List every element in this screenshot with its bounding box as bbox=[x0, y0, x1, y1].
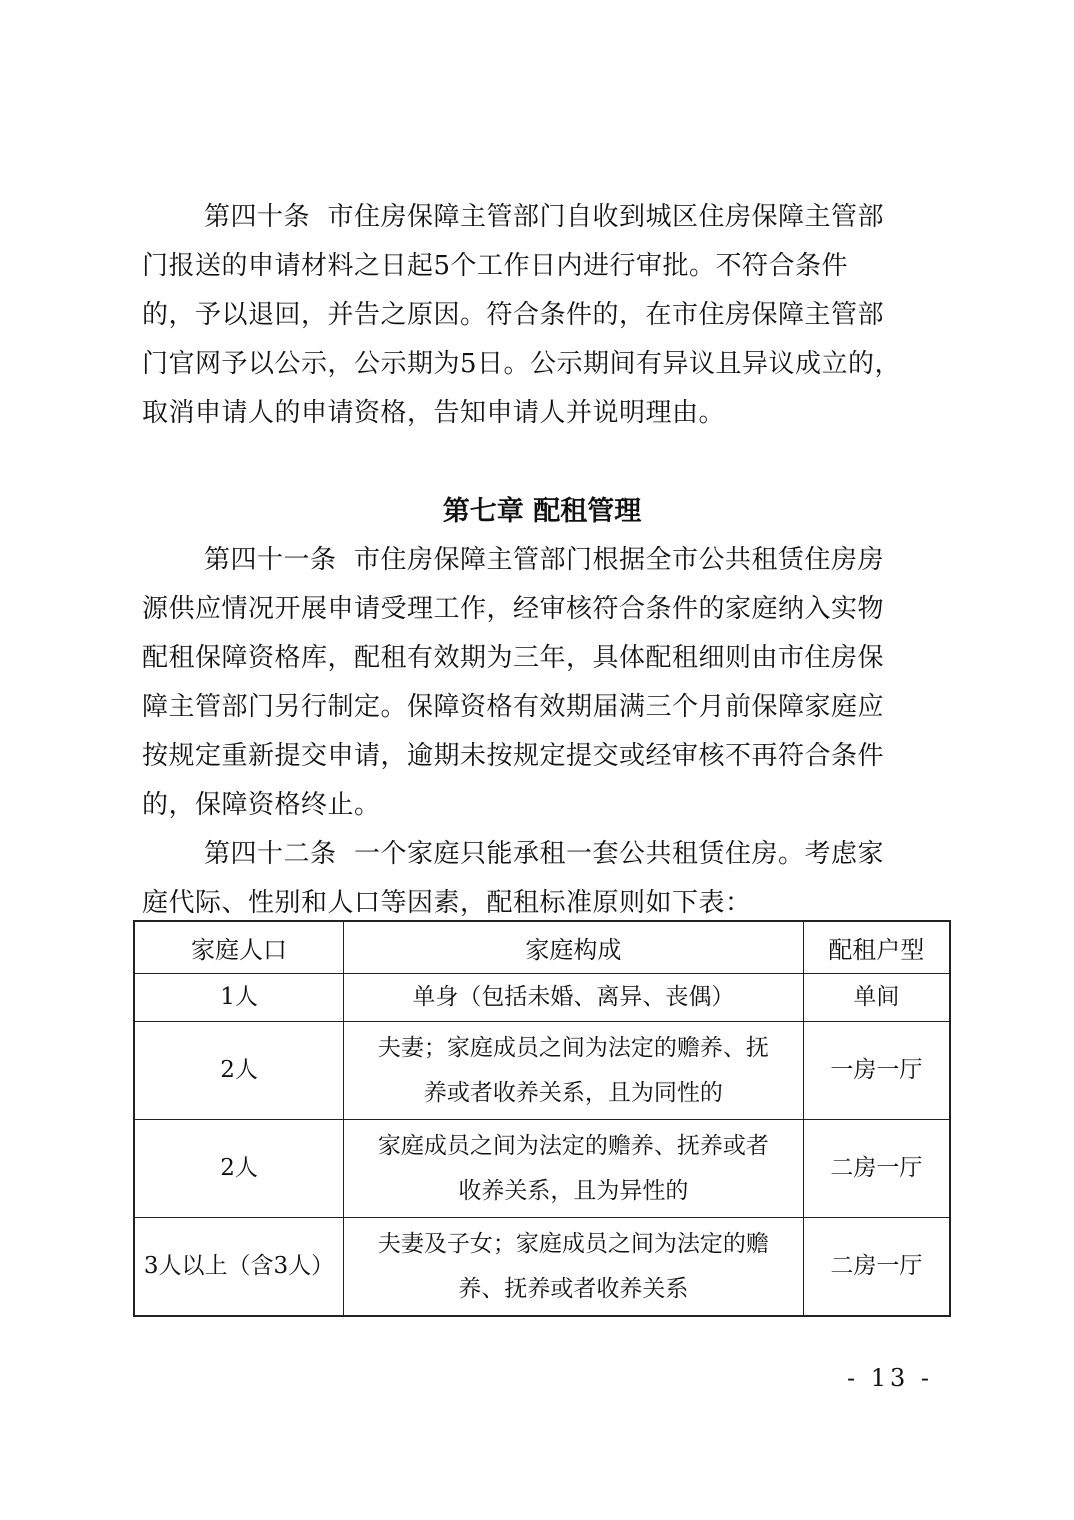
cell-unit-type: 单间 bbox=[803, 974, 950, 1022]
article-40-line-3: 的，予以退回，并告之原因。符合条件的，在市住房保障主管部 bbox=[142, 291, 942, 340]
article-41-line-1: 第四十一条 市住房保障主管部门根据全市公共租赁住房房 bbox=[142, 536, 942, 585]
table-row: 2人 家庭成员之间为法定的赡养、抚养或者收养关系，且为异性的 二房一厅 bbox=[134, 1120, 950, 1218]
article-41-label: 第四十一条 bbox=[204, 545, 337, 575]
article-42-label: 第四十二条 bbox=[204, 839, 337, 869]
header-population: 家庭人口 bbox=[134, 921, 344, 974]
cell-population: 3人以上（含3人） bbox=[134, 1218, 344, 1317]
cell-unit-type: 二房一厅 bbox=[803, 1120, 950, 1218]
article-40: 第四十条 市住房保障主管部门自收到城区住房保障主管部 门报送的申请材料之日起5个… bbox=[142, 193, 942, 438]
header-composition: 家庭构成 bbox=[344, 921, 804, 974]
article-41-line-4: 障主管部门另行制定。保障资格有效期届满三个月前保障家庭应 bbox=[142, 683, 942, 732]
table-header-row: 家庭人口 家庭构成 配租户型 bbox=[134, 921, 950, 974]
cell-composition: 夫妻及子女；家庭成员之间为法定的赡养、抚养或者收养关系 bbox=[344, 1218, 804, 1317]
article-40-line-2: 门报送的申请材料之日起5个工作日内进行审批。不符合条件 bbox=[142, 242, 942, 291]
header-unit-type: 配租户型 bbox=[803, 921, 950, 974]
table-row: 3人以上（含3人） 夫妻及子女；家庭成员之间为法定的赡养、抚养或者收养关系 二房… bbox=[134, 1218, 950, 1317]
cell-composition: 夫妻；家庭成员之间为法定的赡养、抚养或者收养关系，且为同性的 bbox=[344, 1022, 804, 1120]
article-40-line-4: 门官网予以公示，公示期为5日。公示期间有异议且异议成立的， bbox=[142, 340, 942, 389]
cell-population: 2人 bbox=[134, 1120, 344, 1218]
table-row: 1人 单身（包括未婚、离异、丧偶） 单间 bbox=[134, 974, 950, 1022]
article-41-line-5: 按规定重新提交申请，逾期未按规定提交或经审核不再符合条件 bbox=[142, 732, 942, 781]
page-number: - 13 - bbox=[840, 1364, 940, 1392]
rental-standard-table: 家庭人口 家庭构成 配租户型 1人 单身（包括未婚、离异、丧偶） 单间 2人 夫… bbox=[133, 920, 951, 1317]
cell-unit-type: 一房一厅 bbox=[803, 1022, 950, 1120]
article-41-line-6: 的，保障资格终止。 bbox=[142, 781, 942, 830]
table-row: 2人 夫妻；家庭成员之间为法定的赡养、抚养或者收养关系，且为同性的 一房一厅 bbox=[134, 1022, 950, 1120]
article-40-label: 第四十条 bbox=[204, 202, 310, 232]
cell-composition: 家庭成员之间为法定的赡养、抚养或者收养关系，且为异性的 bbox=[344, 1120, 804, 1218]
cell-population: 1人 bbox=[134, 974, 344, 1022]
chapter-title: 第七章 配租管理 bbox=[142, 487, 942, 536]
cell-composition: 单身（包括未婚、离异、丧偶） bbox=[344, 974, 804, 1022]
article-41: 第四十一条 市住房保障主管部门根据全市公共租赁住房房 源供应情况开展申请受理工作… bbox=[142, 536, 942, 830]
article-40-line-1: 第四十条 市住房保障主管部门自收到城区住房保障主管部 bbox=[142, 193, 942, 242]
article-41-line-2: 源供应情况开展申请受理工作，经审核符合条件的家庭纳入实物 bbox=[142, 585, 942, 634]
article-41-line-3: 配租保障资格库，配租有效期为三年，具体配租细则由市住房保 bbox=[142, 634, 942, 683]
article-42-line-1: 第四十二条 一个家庭只能承租一套公共租赁住房。考虑家 bbox=[142, 830, 942, 879]
document-page: 第四十条 市住房保障主管部门自收到城区住房保障主管部 门报送的申请材料之日起5个… bbox=[0, 0, 1074, 1520]
article-42: 第四十二条 一个家庭只能承租一套公共租赁住房。考虑家 庭代际、性别和人口等因素，… bbox=[142, 830, 942, 928]
cell-unit-type: 二房一厅 bbox=[803, 1218, 950, 1317]
cell-population: 2人 bbox=[134, 1022, 344, 1120]
article-40-line-5: 取消申请人的申请资格，告知申请人并说明理由。 bbox=[142, 389, 942, 438]
